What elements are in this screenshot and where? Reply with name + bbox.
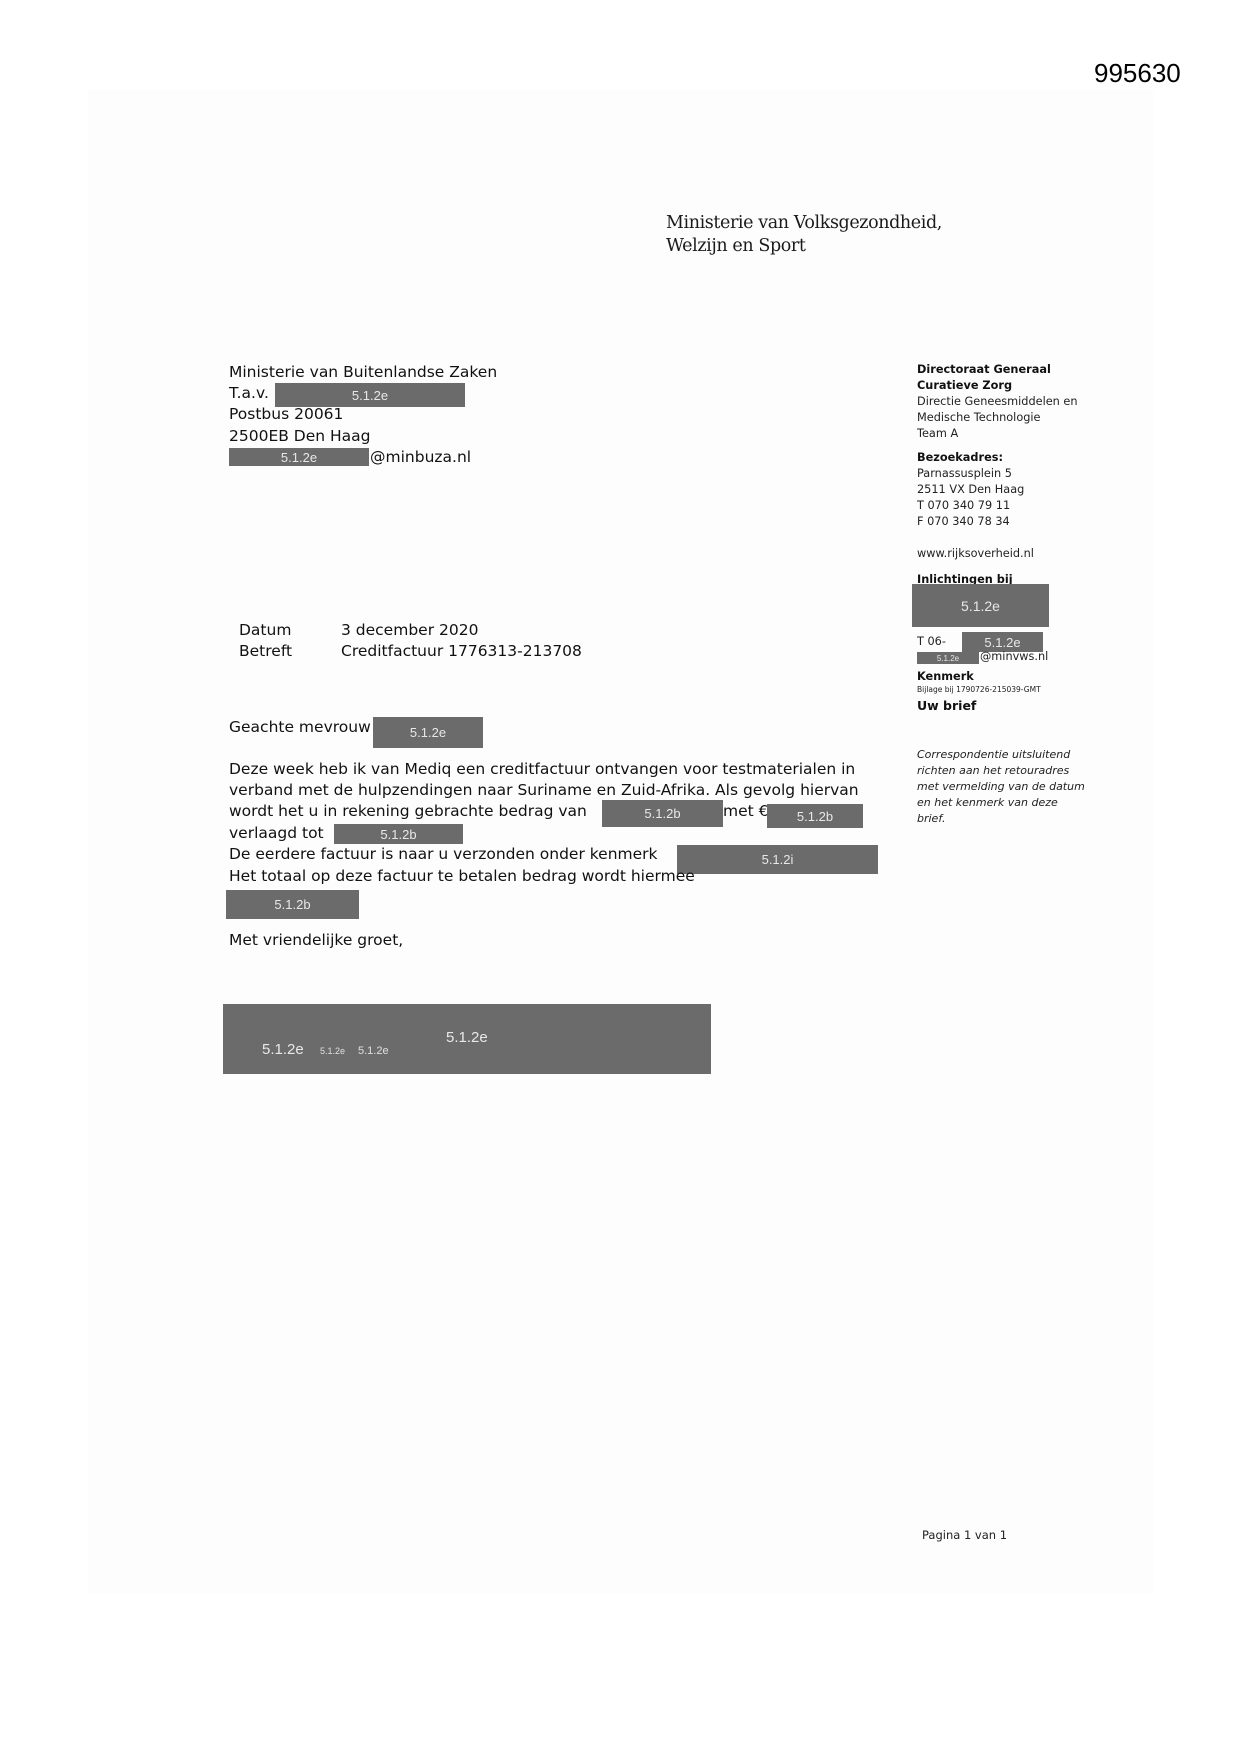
sidebar-info-phone-prefix: T 06- [917,634,946,650]
sidebar-uw-brief-heading: Uw brief [917,698,976,713]
redaction-recipient-email: 5.1.2e [229,448,369,466]
letterhead-line-2: Welzijn en Sport [666,235,942,258]
body-line-3-start: wordt het u in rekening gebrachte bedrag… [229,801,587,822]
redaction-contact-email: 5.1.2e [917,652,979,664]
redaction-signature-small-2: 5.1.2e [358,1045,389,1057]
body-line-3-middle: met € [723,801,769,822]
sidebar-visit-heading: Bezoekadres: [917,451,1003,464]
body-line-1: Deze week heb ik van Mediq een creditfac… [229,759,855,780]
recipient-postbus: Postbus 20061 [229,404,343,425]
sidebar-correspondence-note: Correspondentie uitsluitend richten aan … [917,747,1085,827]
redaction-signature-small-1: 5.1.2e [320,1046,345,1056]
sidebar-dg-line-2: Curatieve Zorg [917,379,1012,392]
body-line-5-start: De eerdere factuur is naar u verzonden o… [229,844,658,865]
subject-value: Creditfactuur 1776313-213708 [341,641,582,662]
date-value: 3 december 2020 [341,620,478,641]
recipient-attention-label: T.a.v. [229,383,269,404]
sidebar-directie-line-2: Medische Technologie [917,410,1078,426]
sidebar-team: Team A [917,426,1078,442]
sidebar-directie-line-1: Directie Geneesmiddelen en [917,394,1078,410]
sidebar-dg-line-1: Directoraat Generaal [917,363,1051,376]
body-line-6: Het totaal op deze factuur te betalen be… [229,866,695,887]
sidebar-info-email-domain: @minvws.nl [980,649,1048,665]
redaction-original-amount: 5.1.2b [602,800,723,827]
redaction-signature-title: 5.1.2e [446,1029,488,1046]
letterhead-line-1: Ministerie van Volksgezondheid, [666,212,942,235]
subject-label: Betreft [239,641,292,662]
date-label: Datum [239,620,291,641]
redaction-invoice-reference: 5.1.2i [677,845,878,874]
sidebar-phone: T 070 340 79 11 [917,498,1024,514]
recipient-city: 2500EB Den Haag [229,426,371,447]
redaction-signature-name: 5.1.2e [262,1041,304,1058]
closing: Met vriendelijke groet, [229,930,403,951]
redaction-reduced-amount: 5.1.2b [334,824,463,844]
sidebar-kenmerk-heading: Kenmerk [917,670,974,683]
ministry-letterhead: Ministerie van Volksgezondheid, Welzijn … [666,212,942,258]
recipient-organisation: Ministerie van Buitenlandse Zaken [229,362,497,383]
body-line-4-start: verlaagd tot [229,823,324,844]
sidebar-street: Parnassusplein 5 [917,466,1024,482]
document-number: 995630 [1094,58,1181,89]
redaction-contact-name: 5.1.2e [912,584,1049,627]
page-number: Pagina 1 van 1 [922,1528,1007,1542]
redaction-salutation-name: 5.1.2e [373,717,483,748]
sidebar-website: www.rijksoverheid.nl [917,546,1034,562]
redaction-total-amount: 5.1.2b [226,890,359,919]
sidebar-kenmerk-value: Bijlage bij 1790726-215039-GMT [917,685,1041,694]
signature-redaction-block: 5.1.2e 5.1.2e 5.1.2e 5.1.2e [223,1004,711,1074]
sidebar-postal-city: 2511 VX Den Haag [917,482,1024,498]
recipient-email-domain: @minbuza.nl [370,447,471,468]
salutation: Geachte mevrouw [229,717,371,738]
redaction-credit-amount: 5.1.2b [767,804,863,828]
sidebar-fax: F 070 340 78 34 [917,514,1024,530]
body-line-2: verband met de hulpzendingen naar Surina… [229,780,859,801]
